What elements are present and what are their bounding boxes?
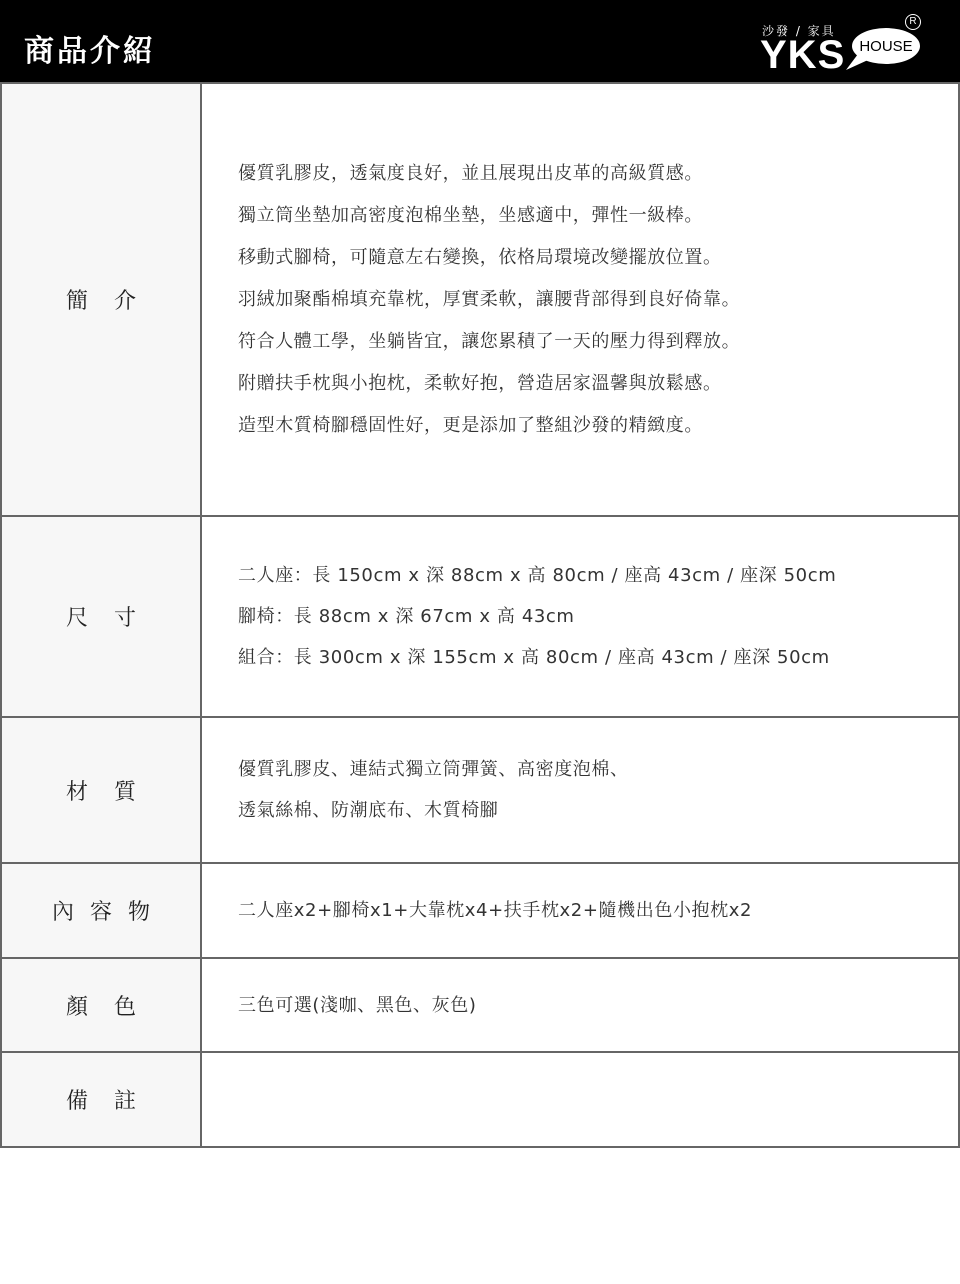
value-intro: 優質乳膠皮，透氣度良好，並且展現出皮革的高級質感。 獨立筒坐墊加高密度泡棉坐墊，… <box>202 84 958 515</box>
intro-line: 獨立筒坐墊加高密度泡棉坐墊，坐感適中，彈性一級棒。 <box>238 195 958 237</box>
brand-logo: 沙發 / 家具 YKS HOUSE R <box>760 10 930 76</box>
intro-line: 造型木質椅腳穩固性好，更是添加了整組沙發的精緻度。 <box>238 405 958 447</box>
logo-brand: YKS <box>760 34 845 76</box>
value-contents: 二人座x2+腳椅x1+大靠枕x4+扶手枕x2+隨機出色小抱枕x2 <box>202 864 958 957</box>
material-line: 透氣絲棉、防潮底布、木質椅腳 <box>238 790 958 831</box>
intro-line: 移動式腳椅，可隨意左右變換，依格局環境改變擺放位置。 <box>238 237 958 279</box>
dimension-line: 二人座：長 150cm x 深 88cm x 高 80cm / 座高 43cm … <box>238 555 958 596</box>
value-color: 三色可選(淺咖、黑色、灰色) <box>202 959 958 1051</box>
page-title: 商品介紹 <box>24 32 156 72</box>
value-dimensions: 二人座：長 150cm x 深 88cm x 高 80cm / 座高 43cm … <box>202 517 958 716</box>
logo-bubble-text: HOUSE <box>859 38 912 55</box>
page-header: 商品介紹 沙發 / 家具 YKS HOUSE R <box>0 0 960 82</box>
label-material: 材質 <box>2 718 202 862</box>
value-material: 優質乳膠皮、連結式獨立筒彈簧、高密度泡棉、 透氣絲棉、防潮底布、木質椅腳 <box>202 718 958 862</box>
value-notes <box>202 1053 958 1146</box>
speech-bubble-icon: HOUSE <box>842 24 922 76</box>
label-dimensions: 尺寸 <box>2 517 202 716</box>
intro-line: 符合人體工學，坐躺皆宜，讓您累積了一天的壓力得到釋放。 <box>238 321 958 363</box>
intro-line: 附贈扶手枕與小抱枕，柔軟好抱，營造居家溫馨與放鬆感。 <box>238 363 958 405</box>
row-notes: 備註 <box>2 1053 958 1148</box>
row-contents: 內容物 二人座x2+腳椅x1+大靠枕x4+扶手枕x2+隨機出色小抱枕x2 <box>2 864 958 959</box>
label-color: 顏色 <box>2 959 202 1051</box>
label-intro: 簡介 <box>2 84 202 515</box>
contents-line: 二人座x2+腳椅x1+大靠枕x4+扶手枕x2+隨機出色小抱枕x2 <box>238 890 958 931</box>
dimension-line: 腳椅：長 88cm x 深 67cm x 高 43cm <box>238 596 958 637</box>
row-intro: 簡介 優質乳膠皮，透氣度良好，並且展現出皮革的高級質感。 獨立筒坐墊加高密度泡棉… <box>2 82 958 517</box>
registered-mark-icon: R <box>905 14 921 30</box>
label-notes: 備註 <box>2 1053 202 1146</box>
spec-table: 簡介 優質乳膠皮，透氣度良好，並且展現出皮革的高級質感。 獨立筒坐墊加高密度泡棉… <box>0 82 960 1148</box>
material-line: 優質乳膠皮、連結式獨立筒彈簧、高密度泡棉、 <box>238 749 958 790</box>
row-material: 材質 優質乳膠皮、連結式獨立筒彈簧、高密度泡棉、 透氣絲棉、防潮底布、木質椅腳 <box>2 718 958 864</box>
label-contents: 內容物 <box>2 864 202 957</box>
row-dimensions: 尺寸 二人座：長 150cm x 深 88cm x 高 80cm / 座高 43… <box>2 517 958 718</box>
dimension-line: 組合：長 300cm x 深 155cm x 高 80cm / 座高 43cm … <box>238 637 958 678</box>
intro-line: 優質乳膠皮，透氣度良好，並且展現出皮革的高級質感。 <box>238 153 958 195</box>
intro-line: 羽絨加聚酯棉填充靠枕，厚實柔軟，讓腰背部得到良好倚靠。 <box>238 279 958 321</box>
color-line: 三色可選(淺咖、黑色、灰色) <box>238 985 958 1026</box>
row-color: 顏色 三色可選(淺咖、黑色、灰色) <box>2 959 958 1053</box>
